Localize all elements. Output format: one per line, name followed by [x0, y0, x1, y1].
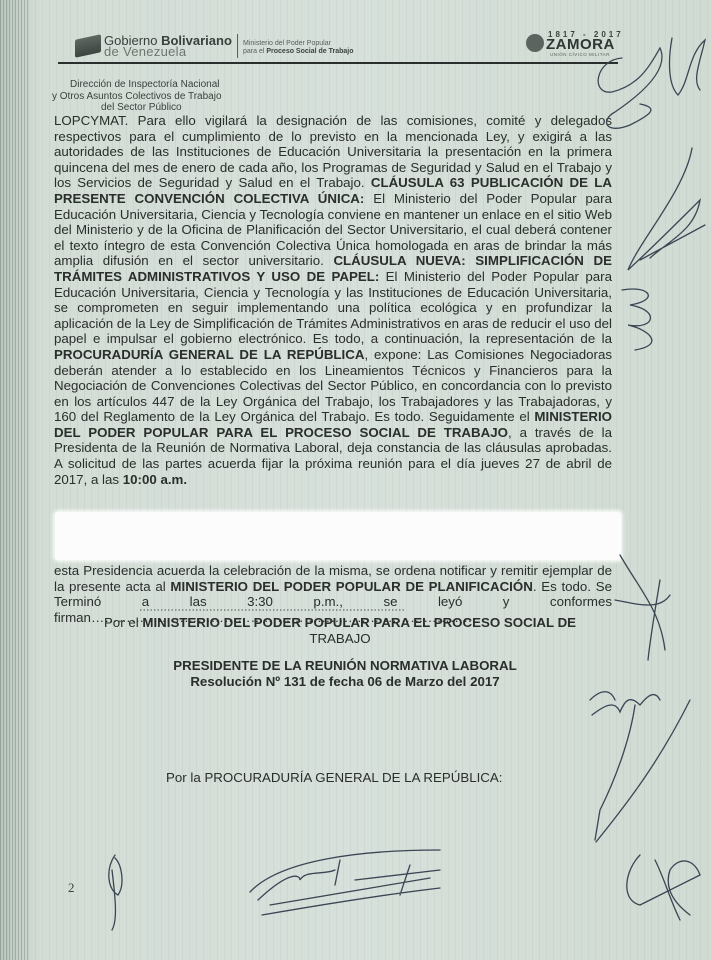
- president-title: PRESIDENTE DE LA REUNIÓN NORMATIVA LABOR…: [130, 658, 560, 674]
- signature-prefix: Por el: [104, 615, 142, 630]
- redaction-box: [55, 512, 621, 560]
- zamora-subtitle: UNIÓN CÍVICO MILITAR: [550, 52, 610, 57]
- planning-ministry-bold: MINISTERIO DEL PODER POPULAR DE PLANIFIC…: [170, 579, 532, 594]
- ministry-signature-block: Por el MINISTERIO DEL PODER POPULAR PARA…: [70, 615, 610, 646]
- government-logo-text: Gobierno Bolivariano de Venezuela: [104, 35, 232, 57]
- signature-prefix: Por la: [166, 770, 204, 785]
- ministry-line2-prefix: para el: [243, 48, 266, 55]
- procuraduria-name: PROCURADURÍA GENERAL DE LA REPÚBLICA:: [204, 770, 502, 785]
- president-block: PRESIDENTE DE LA REUNIÓN NORMATIVA LABOR…: [130, 658, 560, 689]
- signature-ministry-name: MINISTERIO DEL PODER POPULAR PARA EL PRO…: [142, 615, 576, 630]
- zamora-portrait-icon: [526, 34, 544, 52]
- ministry-line2-bold: Proceso Social de Trabajo: [266, 48, 353, 55]
- department-line3: del Sector Público: [52, 102, 292, 114]
- logo-line2: de Venezuela: [104, 44, 186, 59]
- ministry-line1: Ministerio del Poder Popular: [243, 40, 331, 47]
- signature-ministry-line2: TRABAJO: [309, 631, 370, 646]
- logo-divider: [237, 34, 238, 58]
- resolution-reference: Resolución Nº 131 de fecha 06 de Marzo d…: [130, 674, 560, 690]
- procuraduria-bold: PROCURADURÍA GENERAL DE LA REPÚBLICA: [54, 347, 364, 362]
- department-block: Dirección de Inspectoría Nacional y Otro…: [52, 79, 292, 114]
- header-rule: [58, 62, 618, 64]
- page-number: 2: [68, 880, 75, 896]
- ministry-label: Ministerio del Poder Popular para el Pro…: [243, 40, 354, 56]
- zamora-name: ZAMORA: [546, 36, 615, 53]
- document-body: LOPCYMAT. Para ello vigilará la designac…: [54, 113, 612, 487]
- paragraph-1: LOPCYMAT. Para ello vigilará la designac…: [54, 113, 612, 487]
- zamora-logo: 1817 - 2017 ZAMORA UNIÓN CÍVICO MILITAR: [520, 28, 630, 58]
- venezuela-flag-icon: [75, 34, 101, 58]
- department-line1: Dirección de Inspectoría Nacional: [52, 79, 292, 91]
- meeting-time: 10:00 a.m.: [123, 472, 187, 487]
- department-line2: y Otros Asuntos Colectivos de Trabajo: [52, 91, 292, 103]
- scan-streak: [0, 0, 30, 960]
- procuraduria-signature-block: Por la PROCURADURÍA GENERAL DE LA REPÚBL…: [166, 770, 566, 786]
